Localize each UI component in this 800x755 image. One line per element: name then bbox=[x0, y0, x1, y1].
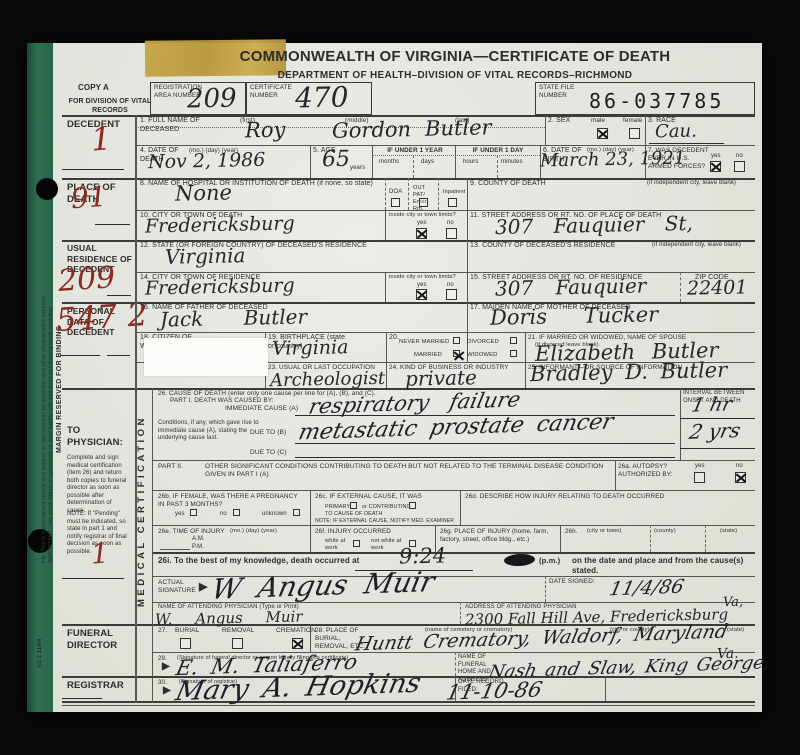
rule bbox=[160, 549, 190, 550]
industry-value: private bbox=[405, 367, 477, 389]
rule bbox=[545, 576, 546, 602]
field-13-label: 13. COUNTY OF DECEASED'S RESIDENCE bbox=[470, 242, 615, 251]
race-value: Cau. bbox=[655, 123, 697, 142]
date-filed-value: 11-10-86 bbox=[444, 679, 544, 703]
rule bbox=[135, 145, 755, 146]
sex-male-label: male bbox=[591, 117, 605, 125]
external-contributing-label: or CONTRIBUTING bbox=[362, 504, 411, 511]
field-26i-prefix: 26i. To the best of my knowledge, death … bbox=[158, 556, 359, 566]
under-1-day-hours: hours bbox=[463, 159, 479, 167]
never-married-label: NEVER MARRIED bbox=[399, 339, 449, 346]
date-signed-label: DATE SIGNED: bbox=[549, 578, 595, 586]
certificate-paper: MARGIN RESERVED FOR BINDING IMPORTANT: U… bbox=[27, 43, 762, 712]
rule bbox=[455, 145, 456, 178]
rule bbox=[310, 525, 311, 552]
field-26h-state: (state) bbox=[720, 528, 737, 535]
signature-arrow-icon: ▶ bbox=[162, 661, 170, 674]
limits-no-label: no bbox=[447, 220, 454, 228]
rule bbox=[372, 145, 373, 178]
divorced-checkbox bbox=[510, 337, 517, 344]
sex-female-checkbox bbox=[629, 128, 640, 139]
field-26e-sub: (mo.) (day) (year) bbox=[230, 528, 277, 535]
never-married-checkbox bbox=[453, 337, 460, 344]
removal-checkbox bbox=[232, 638, 243, 649]
rule bbox=[545, 115, 546, 145]
doa-label: DOA bbox=[389, 189, 402, 197]
rule bbox=[385, 210, 386, 240]
rule bbox=[135, 272, 755, 273]
pregnancy-no-label: no bbox=[220, 511, 227, 519]
armed-forces-no-checkbox bbox=[734, 161, 745, 172]
section-registrar: REGISTRAR bbox=[67, 680, 124, 692]
rule bbox=[560, 525, 561, 552]
residence-city-value: Fredericksburg bbox=[145, 276, 295, 298]
autopsy-yes-checkbox bbox=[694, 472, 705, 483]
field-26d-label: 26d. DESCRIBE HOW INJURY RELATING TO DEA… bbox=[465, 493, 745, 501]
date-of-death-value: Nov 2, 1986 bbox=[148, 151, 266, 172]
actual-signature-label: ACTUAL SIGNATURE bbox=[158, 579, 200, 595]
widowed-checkbox bbox=[510, 350, 517, 357]
rule bbox=[386, 332, 387, 388]
field-26h-label: 26h. bbox=[565, 528, 577, 536]
section-medical-certification: MEDICAL CERTIFICATION bbox=[136, 401, 150, 621]
rule bbox=[135, 115, 137, 703]
sex-female-label: female bbox=[623, 117, 643, 125]
decedent-first-name: Roy bbox=[245, 120, 286, 142]
cremation-label: CREMATION bbox=[276, 627, 316, 635]
copy-label: COPY A bbox=[78, 83, 109, 93]
limits-yes-label: yes bbox=[417, 220, 427, 228]
field-7-label: 7. WAS DECEDENT EVER IN U.S. ARMED FORCE… bbox=[648, 147, 714, 171]
rule bbox=[467, 178, 468, 362]
pregnancy-unknown-label: unknown bbox=[262, 511, 287, 519]
rule bbox=[680, 388, 681, 460]
burial-label: BURIAL bbox=[175, 627, 199, 635]
limits-death-yes-checkbox bbox=[416, 228, 427, 239]
father-name-value: Jack Butler bbox=[160, 306, 307, 329]
part2-text: OTHER SIGNIFICANT CONDITIONS CONTRIBUTIN… bbox=[205, 463, 605, 479]
field-20-label: 20. bbox=[389, 334, 399, 343]
armed-forces-yes-checkbox bbox=[710, 161, 721, 172]
rule bbox=[152, 552, 755, 554]
section-funeral-director: FUNERAL DIRECTOR bbox=[67, 628, 122, 652]
rule bbox=[438, 178, 439, 210]
armed-forces-no-label: no bbox=[736, 153, 743, 161]
rail-underline bbox=[60, 355, 100, 356]
autopsy-yes-label: yes bbox=[695, 463, 705, 471]
rule bbox=[615, 460, 616, 490]
external-note: NOTE: IF EXTERNAL CAUSE, NOTIFY MED. EXA… bbox=[315, 518, 455, 525]
field-2-label: 2. SEX bbox=[548, 117, 570, 126]
margin-important-text: ink. This is a permanent record and subj… bbox=[41, 143, 47, 563]
limits-label-residence: inside city or town limits? bbox=[389, 274, 464, 281]
copy-sublabel: FOR DIVISION OF VITAL RECORDS bbox=[67, 98, 153, 116]
field-26e-label: 26e. TIME OF INJURY bbox=[158, 528, 225, 536]
field-9-label: 9. COUNTY OF DEATH bbox=[470, 180, 546, 189]
autopsy-no-label: no bbox=[736, 463, 743, 471]
external-primary-label: PRIMARY bbox=[325, 504, 350, 511]
photo-background: { "header": { "copy": "COPY A", "copy_su… bbox=[0, 0, 800, 755]
field-13-note: (if independent city, leave blank) bbox=[652, 242, 741, 250]
limits-residence-no-checkbox bbox=[446, 289, 457, 300]
under-1-year-days: days bbox=[421, 159, 434, 167]
under-1-day-minutes: minutes bbox=[501, 159, 523, 167]
rule bbox=[650, 525, 651, 552]
rule bbox=[680, 272, 681, 302]
rule bbox=[152, 388, 153, 703]
rule bbox=[152, 460, 755, 461]
hospital-value: None bbox=[175, 182, 232, 204]
married-checkbox bbox=[453, 350, 460, 357]
hole-punch bbox=[36, 178, 58, 200]
field-26h-city: (city or town) bbox=[587, 528, 622, 535]
under-1-year-label: IF UNDER 1 YEAR bbox=[375, 147, 455, 155]
physician-signature: W Angus Muir bbox=[209, 568, 437, 604]
rule bbox=[525, 332, 526, 388]
section-to-physician: TO PHYSICIAN: bbox=[67, 425, 122, 449]
rule bbox=[385, 178, 386, 210]
rule bbox=[408, 178, 409, 210]
mother-name-value: Doris Tucker bbox=[490, 304, 659, 329]
decedent-middle-name: Gordon bbox=[332, 119, 412, 142]
pm-label: (p.m.) bbox=[539, 556, 560, 565]
birthplace-value: Virginia bbox=[272, 338, 349, 359]
redaction-whiteout bbox=[144, 338, 268, 376]
field-28-sub3: (state) bbox=[727, 627, 744, 634]
rule bbox=[152, 525, 755, 526]
under-1-day-label: IF UNDER 1 DAY bbox=[457, 147, 539, 155]
field-26f-label: 26f. INJURY OCCURRED bbox=[315, 528, 391, 536]
inpatient-checkbox bbox=[448, 198, 457, 207]
rule bbox=[385, 272, 386, 302]
rule bbox=[680, 448, 755, 449]
under-1-year-months: months bbox=[379, 159, 399, 167]
married-label: MARRIED bbox=[414, 352, 442, 359]
field-26c-label: 26c. IF EXTERNAL CAUSE, IT WAS bbox=[315, 493, 455, 501]
field-26a-label: 26a. AUTOPSY? AUTHORIZED BY: bbox=[618, 463, 680, 479]
outpat-checkbox bbox=[419, 198, 428, 207]
field-27-label: 27. bbox=[158, 627, 167, 635]
age-value: 65 bbox=[322, 149, 350, 172]
rule bbox=[62, 705, 755, 706]
rule bbox=[152, 652, 755, 653]
rule bbox=[310, 145, 311, 178]
interval-b-value: 2 yrs bbox=[688, 420, 743, 442]
rule bbox=[460, 602, 461, 624]
page-subtitle: DEPARTMENT OF HEALTH–DIVISION OF VITAL R… bbox=[155, 70, 755, 83]
occupation-value: Archeologist bbox=[270, 370, 385, 390]
rail-number: 1 bbox=[90, 122, 113, 155]
registration-area-value: 209 bbox=[187, 85, 237, 112]
armed-forces-yes-label: yes bbox=[711, 153, 721, 161]
zip-value: 22401 bbox=[687, 278, 748, 298]
rule bbox=[705, 525, 706, 552]
certificate-number-value: 470 bbox=[295, 83, 349, 112]
pregnancy-yes-checkbox bbox=[190, 509, 197, 516]
registrar-signature: Mary A. Hopkins bbox=[173, 670, 423, 705]
physician-address-state: Va, bbox=[723, 596, 743, 609]
rule bbox=[497, 155, 498, 178]
margin-important-text: IMPORTANT: Use black ribbon in typewrite… bbox=[48, 143, 54, 563]
external-contributing-checkbox bbox=[409, 502, 416, 509]
residence-street-value: 307 Fauquier bbox=[495, 275, 647, 298]
rail-number: 1 bbox=[90, 539, 110, 568]
part1-label: PART I. DEATH WAS CAUSED BY: bbox=[170, 397, 274, 405]
field-9-note: (if independent city, leave blank) bbox=[647, 180, 736, 188]
rule bbox=[372, 155, 540, 156]
conditions-note: Conditions, if any, which gave rise to i… bbox=[158, 420, 263, 443]
due-to-c-label: DUE TO (C) bbox=[250, 449, 287, 457]
limits-label-death: inside city or town limits? bbox=[389, 212, 464, 219]
rule bbox=[649, 143, 724, 144]
field-26b-label: 26b. IF FEMALE, WAS THERE A PREGNANCY IN… bbox=[158, 493, 303, 509]
time-pm-label: P.M. bbox=[192, 544, 204, 552]
at-work-checkbox bbox=[353, 540, 360, 547]
limits-death-no-checkbox bbox=[446, 228, 457, 239]
form-code: VS 2 11/84 bbox=[37, 598, 43, 668]
rule bbox=[413, 155, 414, 178]
doa-checkbox bbox=[391, 198, 400, 207]
field-26g-label: 26g. PLACE OF INJURY (home, farm, factor… bbox=[440, 528, 555, 544]
rule bbox=[460, 490, 461, 525]
rule bbox=[310, 490, 311, 525]
rail-underline bbox=[62, 169, 124, 170]
rule bbox=[295, 457, 675, 458]
external-to-cause-label: TO CAUSE OF DEATH bbox=[325, 511, 383, 518]
state-file-value: 86-037785 bbox=[589, 89, 724, 114]
immediate-cause-label: IMMEDIATE CAUSE (A) bbox=[225, 405, 298, 413]
at-work-label: while at work bbox=[325, 538, 351, 552]
autopsy-no-checkbox bbox=[735, 472, 746, 483]
rail-underline bbox=[62, 578, 124, 579]
field-26i-suffix: on the date and place and from the cause… bbox=[572, 556, 762, 576]
rail-underline bbox=[107, 355, 130, 356]
cremation-checkbox bbox=[292, 638, 303, 649]
rail-underline bbox=[95, 224, 130, 225]
rule bbox=[455, 652, 456, 676]
part2-label: PART II. bbox=[158, 463, 183, 471]
rule bbox=[152, 490, 755, 491]
rail-underline bbox=[62, 698, 102, 699]
residence-state-value: Virginia bbox=[165, 245, 246, 267]
external-primary-checkbox bbox=[350, 502, 357, 509]
field-1-label: 1. FULL NAME OF DECEASED bbox=[140, 117, 206, 135]
rule bbox=[135, 332, 755, 333]
city-of-death-value: Fredericksburg bbox=[145, 214, 295, 236]
pregnancy-no-checkbox bbox=[233, 509, 240, 516]
rule bbox=[62, 701, 755, 703]
rail-number: 209 bbox=[57, 263, 116, 297]
signature-arrow-icon: ▶ bbox=[163, 685, 171, 698]
time-of-death-value: 9:24 bbox=[399, 546, 447, 568]
street-of-death-value: 307 Fauquier St, bbox=[495, 213, 693, 237]
am-scribble: (a.m.) bbox=[504, 553, 536, 567]
rule bbox=[645, 115, 646, 145]
widowed-label: WIDOWED bbox=[467, 352, 497, 359]
rule bbox=[605, 676, 606, 701]
funeral-home-state: Va. bbox=[717, 647, 739, 661]
date-signed-value: 11/4/86 bbox=[608, 578, 686, 600]
inpatient-label: Inpatient bbox=[443, 189, 465, 196]
removal-label: REMOVAL bbox=[222, 627, 254, 635]
attending-physician-value: W. Angus Muir bbox=[155, 609, 303, 627]
limits-residence-yes-checkbox bbox=[416, 289, 427, 300]
burial-checkbox bbox=[180, 638, 191, 649]
interval-a-value: 1 hr bbox=[690, 395, 734, 415]
burial-place-value: Huntt Crematory, Waldorf, Maryland bbox=[353, 623, 729, 655]
sex-male-checkbox bbox=[597, 128, 608, 139]
to-physician-body: Complete and sign medical certification … bbox=[67, 455, 127, 515]
pregnancy-unknown-checkbox bbox=[293, 509, 300, 516]
informant-value: Bradley D. Butler bbox=[530, 360, 728, 385]
divorced-label: DIVORCED bbox=[467, 339, 499, 346]
field-26h-county: (county) bbox=[654, 528, 676, 535]
signature-arrow-icon: ▶ bbox=[199, 581, 208, 595]
pregnancy-yes-label: yes bbox=[175, 511, 185, 519]
decedent-last-name: Butler bbox=[425, 117, 492, 139]
time-am-label: A.M. bbox=[192, 536, 205, 544]
age-unit: years bbox=[350, 165, 365, 173]
page-title: COMMONWEALTH OF VIRGINIA—CERTIFICATE OF … bbox=[155, 48, 755, 67]
state-file-label: STATE FILE NUMBER bbox=[539, 84, 579, 100]
rail-number: 91 bbox=[70, 183, 108, 213]
